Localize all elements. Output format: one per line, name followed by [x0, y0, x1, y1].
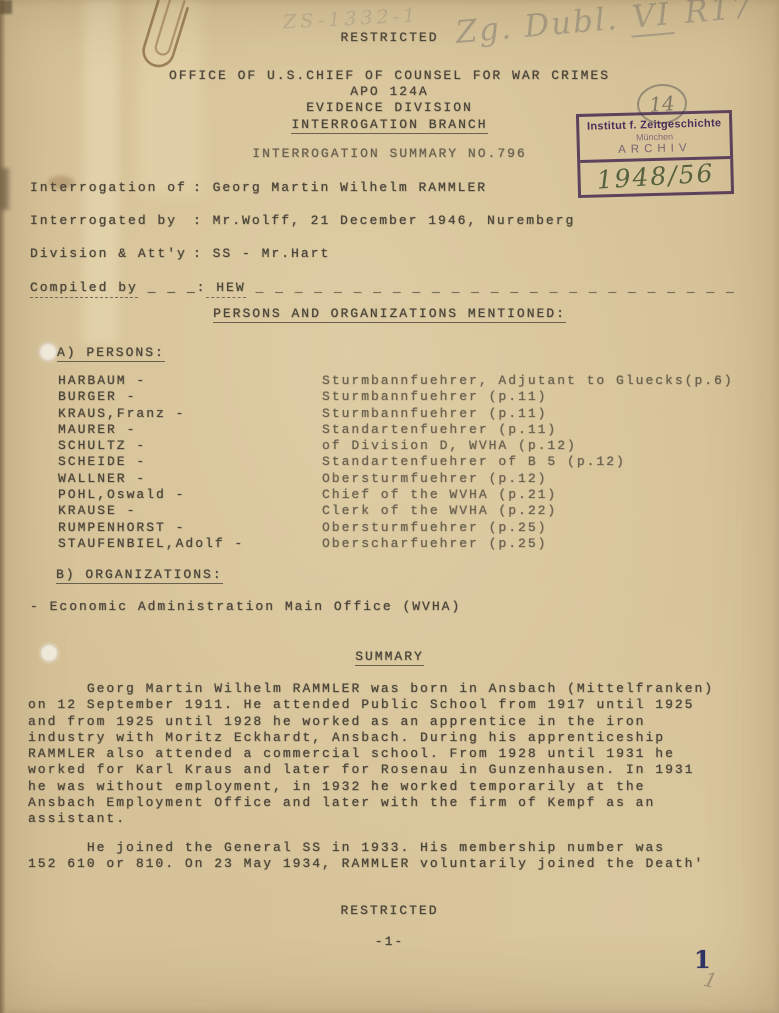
summary-heading: SUMMARY — [0, 649, 779, 665]
mentioned-heading: PERSONS AND ORGANIZATIONS MENTIONED: — [0, 306, 779, 322]
page-number: -1- — [0, 934, 779, 950]
person-desc: Sturmbannfuehrer (p.11) — [322, 389, 734, 405]
person-name: POHL,Oswald - — [58, 487, 322, 503]
meta-label: Interrogated by — [30, 213, 193, 229]
person-row: HARBAUM -Sturmbannfuehrer, Adjutant to G… — [58, 373, 734, 389]
classification-footer: RESTRICTED — [0, 903, 779, 919]
handwritten-note-suffix: R17 — [671, 0, 754, 32]
summary-paragraph-1: Georg Martin Wilhelm RAMMLER was born in… — [28, 681, 738, 828]
person-name: KRAUSE - — [58, 503, 322, 519]
meta-value: SS - Mr.Hart — [213, 246, 331, 261]
person-desc: Oberscharfuehrer (p.25) — [322, 536, 734, 552]
compiled-label: Compiled by — [30, 280, 138, 298]
person-row: WALLNER -Obersturmfuehrer (p.12) — [58, 471, 734, 487]
person-row: KRAUS,Franz -Sturmbannfuehrer (p.11) — [58, 406, 734, 422]
person-row: RUMPENHORST -Obersturmfuehrer (p.25) — [58, 520, 734, 536]
person-name: HARBAUM - — [58, 373, 322, 389]
person-desc: Clerk of the WVHA (p.22) — [322, 503, 734, 519]
person-desc: of Division D, WVHA (p.12) — [322, 438, 734, 454]
division-line: EVIDENCE DIVISION — [0, 100, 779, 116]
compiled-value: HEW — [206, 280, 245, 298]
person-row: SCHULTZ -of Division D, WVHA (p.12) — [58, 438, 734, 454]
meta-row-interrogation-of: Interrogation of: Georg Martin Wilhelm R… — [30, 180, 736, 213]
hole-punch-top — [39, 343, 57, 361]
meta-separator: : — [193, 246, 203, 261]
person-name: WALLNER - — [58, 471, 322, 487]
organization-item: - Economic Administration Main Office (W… — [30, 599, 461, 615]
person-row: POHL,Oswald -Chief of the WVHA (p.21) — [58, 487, 734, 503]
meta-row-interrogated-by: Interrogated by: Mr.Wolff, 21 December 1… — [30, 213, 736, 246]
meta-block: Interrogation of: Georg Martin Wilhelm R… — [30, 180, 736, 313]
compiled-dashes-mid: _ _ _ — [138, 280, 197, 295]
person-desc: Chief of the WVHA (p.21) — [322, 487, 734, 503]
person-desc: Standartenfuehrer (p.11) — [322, 422, 734, 438]
office-line: OFFICE OF U.S.CHIEF OF COUNSEL FOR WAR C… — [0, 68, 779, 84]
person-name: KRAUS,Franz - — [58, 406, 322, 422]
summary-paragraph-2: He joined the General SS in 1933. His me… — [28, 840, 738, 873]
corner-mark — [0, 0, 12, 14]
person-row: STAUFENBIEL,Adolf -Oberscharfuehrer (p.2… — [58, 536, 734, 552]
person-row: BURGER -Sturmbannfuehrer (p.11) — [58, 389, 734, 405]
classification-header: RESTRICTED — [0, 30, 779, 46]
person-row: SCHEIDE -Standartenfuehrer of B 5 (p.12) — [58, 454, 734, 470]
person-desc: Standartenfuehrer of B 5 (p.12) — [322, 454, 734, 470]
meta-value: Georg Martin Wilhelm RAMMLER — [213, 180, 487, 195]
meta-label: Division & Att'y — [30, 246, 193, 262]
person-row: MAURER -Standartenfuehrer (p.11) — [58, 422, 734, 438]
person-row: KRAUSE -Clerk of the WVHA (p.22) — [58, 503, 734, 519]
person-name: SCHULTZ - — [58, 438, 322, 454]
document-title: INTERROGATION SUMMARY NO.796 — [0, 146, 779, 162]
meta-separator: : — [193, 213, 203, 228]
persons-heading: A) PERSONS: — [57, 345, 165, 361]
person-name: BURGER - — [58, 389, 322, 405]
person-name: MAURER - — [58, 422, 322, 438]
document-page: ZS-1332-1 Zg. Dubl. VI R17 14 Institut f… — [0, 0, 779, 1013]
meta-value: Mr.Wolff, 21 December 1946, Nuremberg — [213, 213, 576, 228]
person-name: SCHEIDE - — [58, 454, 322, 470]
edge-mark — [0, 168, 9, 210]
persons-list: HARBAUM -Sturmbannfuehrer, Adjutant to G… — [58, 373, 734, 552]
person-desc: Sturmbannfuehrer, Adjutant to Gluecks(p.… — [322, 373, 734, 389]
person-name: RUMPENHORST - — [58, 520, 322, 536]
compiled-separator: : — [197, 280, 207, 295]
compiled-dashes-trail: _ _ _ _ _ _ _ _ _ _ _ _ _ _ _ _ _ _ _ _ … — [246, 280, 736, 295]
person-name: STAUFENBIEL,Adolf - — [58, 536, 322, 552]
person-desc: Obersturmfuehrer (p.25) — [322, 520, 734, 536]
meta-label: Interrogation of — [30, 180, 193, 196]
organizations-heading: B) ORGANIZATIONS: — [56, 567, 223, 583]
person-desc: Obersturmfuehrer (p.12) — [322, 471, 734, 487]
person-desc: Sturmbannfuehrer (p.11) — [322, 406, 734, 422]
meta-row-division-attorney: Division & Att'y: SS - Mr.Hart — [30, 246, 736, 279]
meta-separator: : — [193, 180, 203, 195]
branch-line: INTERROGATION BRANCH — [291, 117, 487, 134]
apo-line: APO 124A — [0, 84, 779, 100]
office-header: OFFICE OF U.S.CHIEF OF COUNSEL FOR WAR C… — [0, 68, 779, 133]
